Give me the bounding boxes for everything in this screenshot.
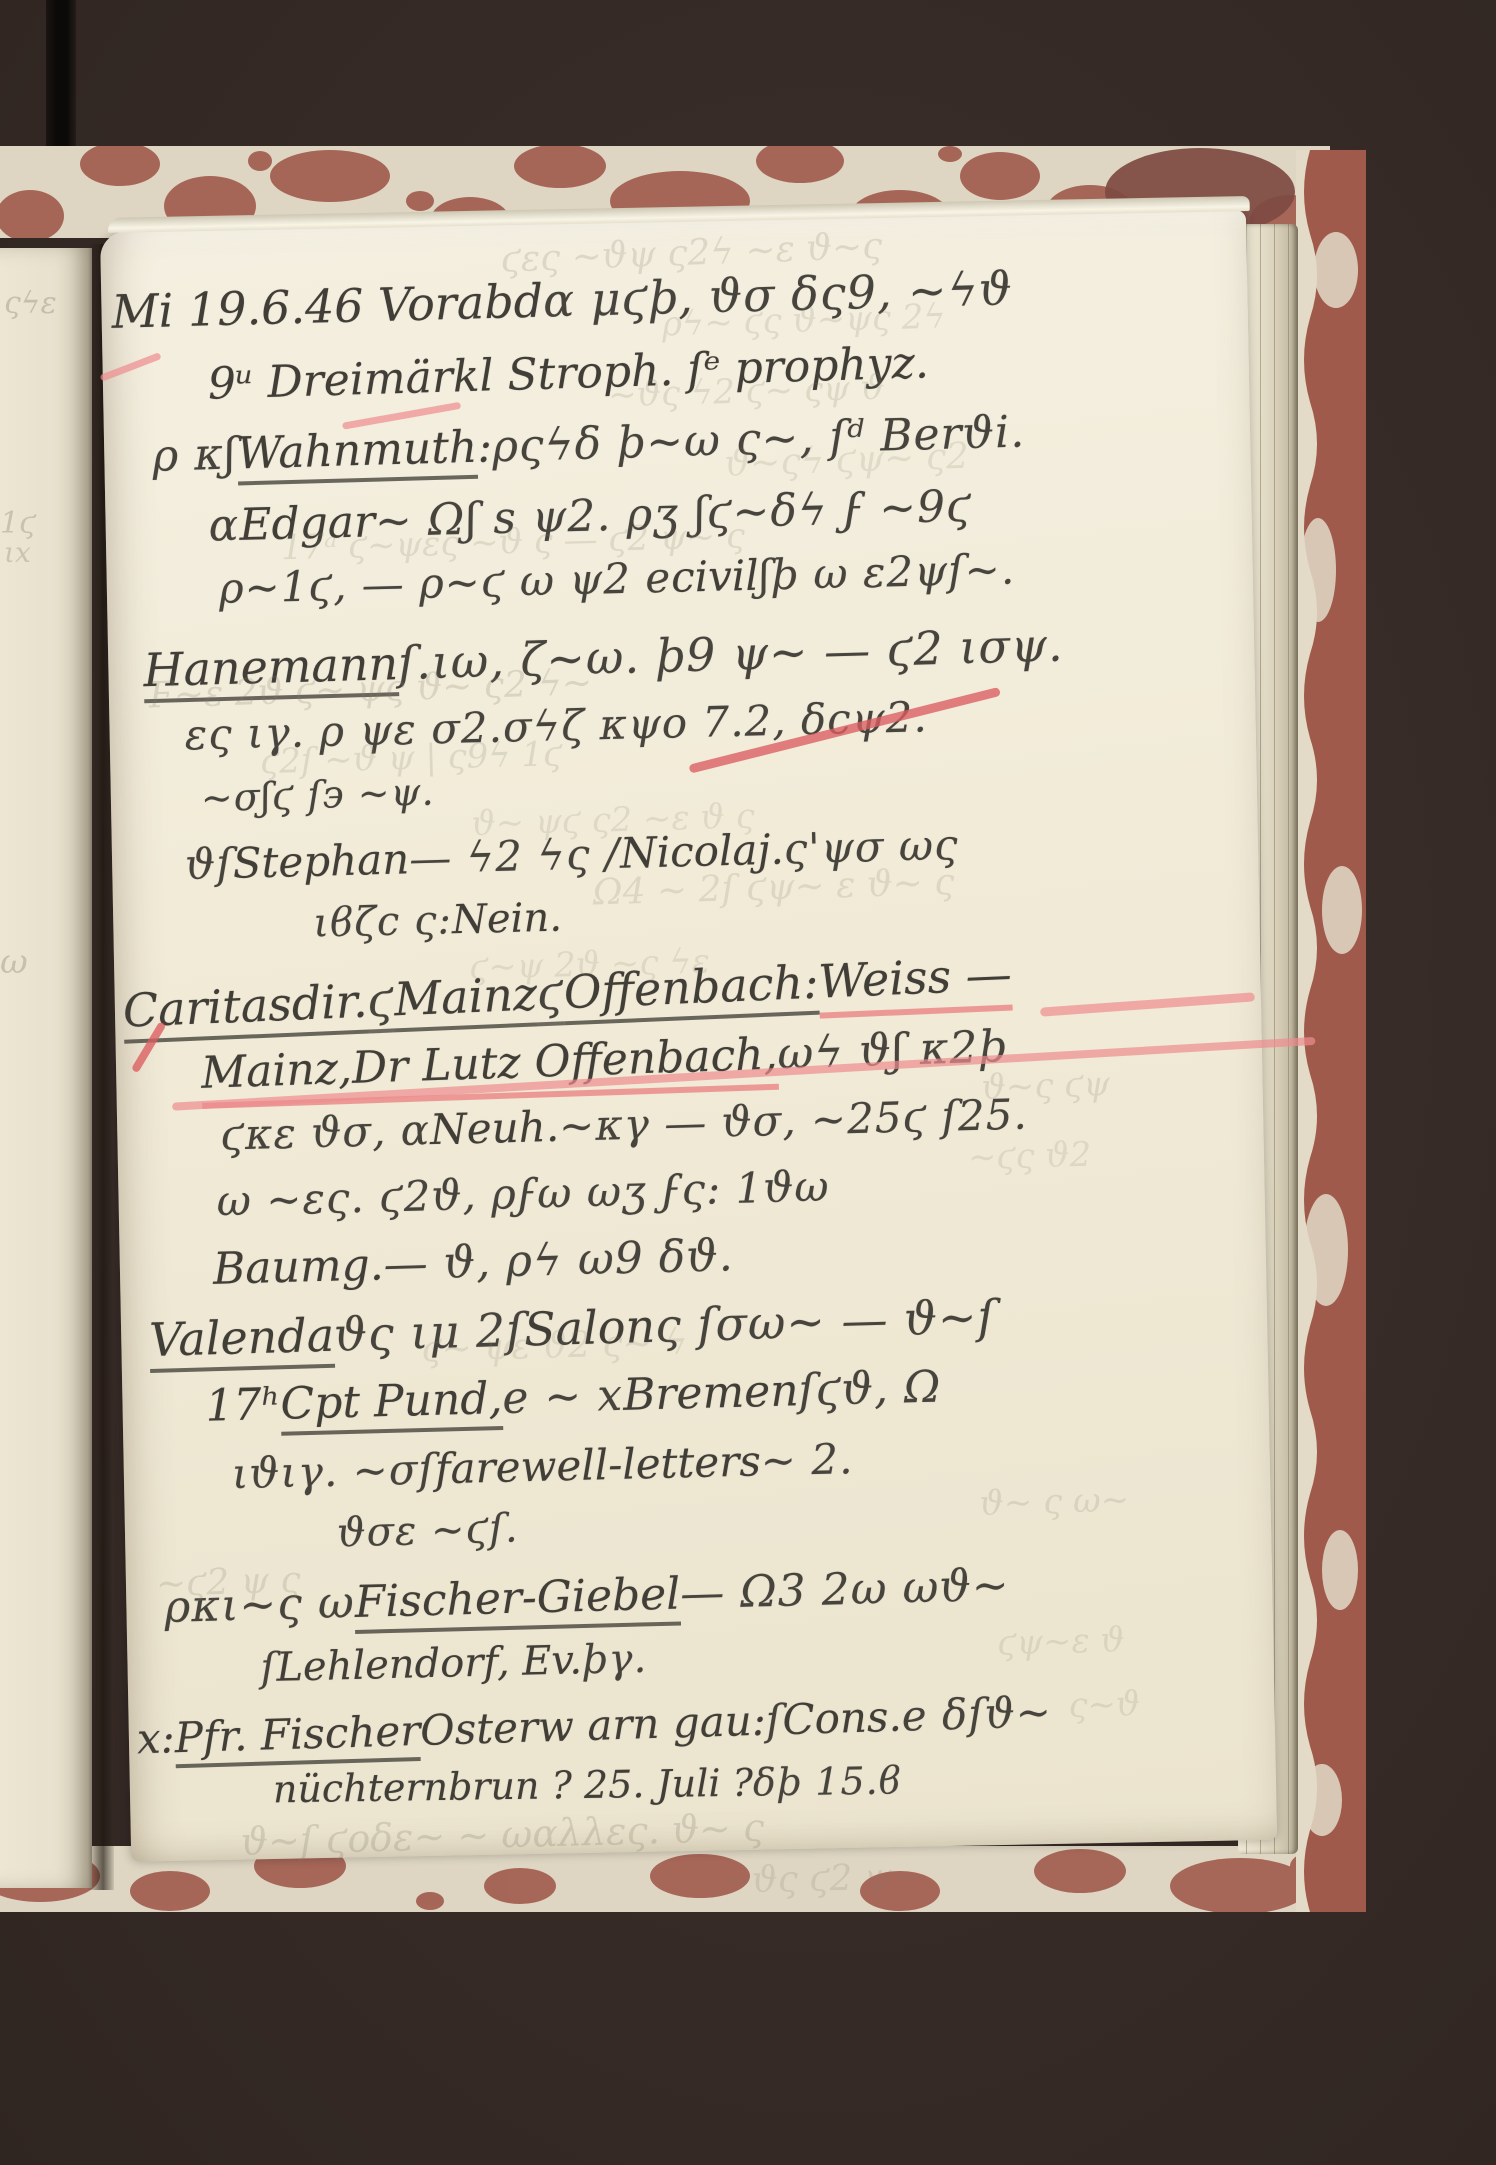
handwritten-line: ιϐζc ς: Nein.	[313, 895, 563, 947]
handwritten-text: civil	[671, 551, 760, 602]
handwritten-text: :	[477, 421, 493, 472]
handwritten-text: Cpt Pund,	[280, 1373, 503, 1436]
shorthand-text: e ~ x	[502, 1370, 624, 1424]
bleed-through-text: ρϟ~ ϛς ϑ~ψς 2ϟ	[661, 297, 946, 345]
shorthand-text: ſϛϑ, Ω	[798, 1362, 942, 1417]
bleed-through-text: ~ϑς ϛ2 ψ~	[721, 1856, 922, 1902]
red-check-mark	[99, 352, 161, 382]
handwritten-line: nüchternbrun ? 25. Juli ? δþ 15.ϐ	[273, 1759, 902, 1812]
handwritten-text: Fischer-Giebel	[354, 1568, 681, 1634]
bleed-through-text: ϛ2ſ ~ϑ ψ | ς9ϟ 1ϛ	[260, 734, 563, 782]
shorthand-text: ϑſ	[185, 839, 234, 889]
shorthand-text: ʃþ ω ε2ψſ~.	[758, 544, 1016, 599]
handwritten-text: Wahnmuth	[236, 422, 478, 486]
bleed-through-text: ϑ~ς ϛψ	[981, 1064, 1110, 1108]
shorthand-text: ιϑιγ. ~σſ	[231, 1444, 435, 1498]
handwritten-line: ιϑιγ. ~σſ farewell-letters ~ 2.	[231, 1434, 854, 1498]
bleed-through-text: ϑ~ ψϛ ς2 ~ε ϑ ς	[471, 796, 755, 844]
handwritten-text: Cons.	[782, 1692, 903, 1745]
cover-edge-right	[1296, 150, 1366, 1912]
handwritten-line: ω ~ες. ϛ2ϑ, ρϝω ωʒ ϝς: 1ϑω	[216, 1162, 830, 1226]
handwritten-line: ſ Lehlendorf, Ev. þγ.	[260, 1636, 648, 1691]
bleed-through-text: ~ϑς ϟ2 ϛ~ ςψ ϑ	[608, 368, 886, 416]
book-spine-shadow	[46, 0, 76, 152]
shorthand-text: e δſϑ~	[901, 1687, 1053, 1740]
shorthand-text: ϛκε ϑσ, α	[220, 1105, 431, 1159]
handwritten-text: Lehlendorf, Ev.	[276, 1637, 583, 1690]
handwritten-text: Bremen	[622, 1365, 799, 1421]
shorthand-text: ιϐζc ς:	[313, 897, 453, 946]
handwritten-text: Valenda	[149, 1308, 335, 1373]
shorthand-text: α	[208, 500, 240, 552]
bleed-through-text: ω	[0, 942, 28, 982]
shorthand-text: ϑσε ~ϛſ.	[336, 1505, 519, 1556]
shorthand-text: ς ſσω~ — ϑ~ſ	[654, 1289, 996, 1352]
shorthand-text: — Ω3 2ω ωϑ~	[680, 1560, 1011, 1620]
shorthand-text: ρ κʃ	[152, 428, 238, 481]
bleed-through-text: ϑ~ ς ω~	[979, 1480, 1130, 1524]
bleed-through-text: ϛψ~ε ϑ	[997, 1620, 1126, 1663]
shorthand-text: δþ 15.ϐ	[753, 1759, 902, 1805]
bleed-through-text: ~ϛς ϑ2	[967, 1135, 1091, 1178]
bleed-through-text: ϛ~ ψε ϑ2 ς~ ϟ	[421, 1322, 688, 1370]
shorthand-text: þγ.	[581, 1636, 647, 1684]
handwritten-text: Osterw arn gau:	[420, 1696, 767, 1755]
handwritten-line: x: Pfr. Fischer Osterw arn gau: ſ Cons. …	[136, 1687, 1053, 1769]
handwritten-text: Nein.	[451, 895, 562, 944]
handwritten-text: Mi 19.6.46 Vorabd	[111, 274, 544, 339]
handwritten-line: ϑσε ~ϛſ.	[336, 1505, 519, 1556]
shorthand-text: ~ 2.	[760, 1434, 854, 1485]
shorthand-text: ſ	[260, 1645, 277, 1691]
shorthand-text: ~κγ — ϑσ, ~25ϛ ſ25.	[558, 1090, 1028, 1151]
bleed-through-text: ς~ϑ	[1068, 1684, 1141, 1726]
handwritten-text: Weiss —	[817, 947, 1013, 1019]
handwritten-text: farewell-letters	[434, 1436, 761, 1493]
red-underline-weiss	[1040, 992, 1255, 1016]
handwritten-line: Baumg. — ϑ, ρϟ ω9 δϑ.	[212, 1230, 734, 1295]
shorthand-text: ϛ	[366, 972, 395, 1033]
shorthand-text: ſ	[765, 1695, 783, 1744]
facing-page-sliver: ςϟε1ϛιxω	[0, 248, 92, 1888]
handwritten-text: Stephan	[232, 834, 410, 888]
handwritten-text: x:	[136, 1713, 175, 1763]
diary-page: Mi 19.6.46 Vorabd α μϛþ, ϑσ δς9, ~ϟϑ9ᵘ D…	[100, 210, 1277, 1862]
bleed-through-text: ~ϛ2 ψ ς	[155, 1560, 301, 1605]
handwritten-text: 17ʰ	[205, 1379, 281, 1432]
bleed-through-text: ϛ~ψ 2ϑ ~ς ϟε	[469, 942, 711, 988]
handwritten-line: 17ʰ Cpt Pund, e ~ x Bremen ſϛϑ, Ω	[205, 1362, 942, 1438]
photograph-of-diary-page: ςϟε1ϛιxω Mi 19.6.46 Vorabd α μϛþ, ϑσ δς9…	[0, 0, 1496, 2165]
shorthand-text: — ϑ, ρϟ ω9 δϑ.	[383, 1230, 734, 1290]
handwritten-text: Neuh.	[429, 1102, 559, 1154]
bleed-through-text: ςϟε	[4, 286, 57, 321]
handwritten-text: nüchternbrun ? 25. Juli ?	[273, 1761, 754, 1812]
bleed-through-text: ιx	[4, 536, 31, 569]
handwritten-text: Baumg.	[212, 1239, 384, 1294]
shorthand-text: ω ~ες. ϛ2ϑ, ρϝω ωʒ ϝς: 1ϑω	[216, 1162, 830, 1226]
handwritten-text: Pfr. Fischer	[174, 1706, 421, 1768]
bleed-through-text: ϑ~ςϟ ϛψ~ ς2	[724, 436, 970, 485]
